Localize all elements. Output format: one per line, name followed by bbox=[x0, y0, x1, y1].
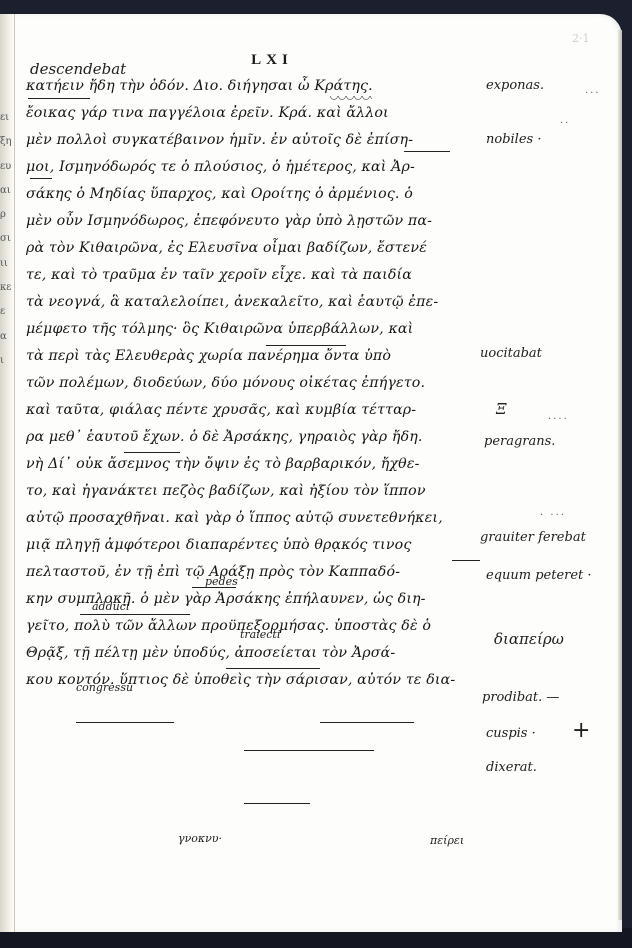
stray-dots: · ··· bbox=[540, 510, 566, 521]
text-line: ρὰ τὸν Κιθαιρῶνα, ἐς Ελευσῖνα οἶμαι βαδί… bbox=[26, 240, 427, 264]
underline-mark bbox=[124, 452, 180, 453]
text-line: γεῖτο, πολὺ τῶν ἄλλων προϋπεξορμήσας. ὑπ… bbox=[26, 618, 431, 642]
gutter-glyph: ιι bbox=[0, 252, 12, 276]
margin-cross-mark: + bbox=[572, 718, 590, 743]
text-line: τῶν πολέμων, διοδεύων, δύο μόνους οἰκέτα… bbox=[26, 375, 425, 399]
text-line: μέμφετο τῆς τόλμης· ὃς Κιθαιρῶνα ὑπερβάλ… bbox=[26, 321, 413, 345]
gutter-glyph: ι bbox=[0, 349, 12, 373]
gutter-glyph: ρ bbox=[0, 203, 12, 227]
margin-note-equum-peteret: equum peteret · bbox=[486, 568, 592, 583]
gutter-glyph: ε bbox=[0, 300, 12, 324]
gutter-glyph: ευ bbox=[0, 155, 12, 179]
stray-dots: ·· bbox=[560, 118, 570, 129]
margin-note-prodibat: prodibat. — bbox=[482, 690, 559, 705]
book-gutter: ει ξη ευ αι ρ σι ιι κε ε α ι bbox=[0, 14, 15, 932]
margin-note-diapeiro: διαπείρω bbox=[494, 630, 564, 648]
text-line: κην συμπλοκῇ. ὁ μὲν γὰρ Ἀρσάκης ἐπήλαυνε… bbox=[26, 591, 426, 615]
gloss-traiecti: traiecti bbox=[240, 628, 280, 641]
margin-note-peragrans: peragrans. bbox=[484, 434, 555, 449]
underline-mark bbox=[226, 668, 320, 669]
text-line: τὰ περὶ τὰς Ελευθερὰς χωρία πανέρημα ὄντ… bbox=[26, 348, 391, 372]
text-line: νὴ Δί᾽ οὐκ ἄσεμνος τὴν ὄψιν ἐς τὸ βαρβαρ… bbox=[26, 456, 420, 480]
gloss-congressu: congressu bbox=[76, 681, 133, 694]
corner-pencil-mark: 2·1 bbox=[572, 32, 590, 45]
margin-note-cuspis: cuspis · bbox=[486, 726, 536, 741]
text-line: ρα μεθ᾽ ἑαυτοῦ ἔχων. ὁ δὲ Ἀρσάκης, γηραι… bbox=[26, 429, 423, 453]
underline-mark bbox=[76, 722, 174, 723]
text-line: τὰ νεογνά, ἃ καταλελοίπει, ἀνεκαλεῖτο, κ… bbox=[26, 294, 438, 318]
gloss-adduci: adduci bbox=[92, 600, 129, 613]
text-line: μὲν πολλοὶ συγκατέβαινον ἡμῖν. ἐν αὐτοῖς… bbox=[26, 132, 413, 156]
underline-mark bbox=[266, 345, 346, 346]
annotation-descendebat: descendebat bbox=[30, 60, 126, 78]
text-line: Θρᾷξ, τῇ πέλτῃ μὲν ὑποδύς, ἀποσείεται τὸ… bbox=[26, 645, 395, 669]
gutter-glyph: κε bbox=[0, 276, 12, 300]
stray-dots: ···· bbox=[548, 414, 569, 425]
text-line: καὶ ταῦτα, φιάλας πέντε χρυσᾶς, καὶ κυμβ… bbox=[26, 402, 416, 426]
text-line: τε, καὶ τὸ τραῦμα ἐν ταῖν χεροῖν εἶχε. κ… bbox=[26, 267, 412, 291]
text-line: το, καὶ ἠγανάκτει πεζὸς βαδίζων, καὶ ἠξί… bbox=[26, 483, 426, 507]
gutter-glyph: ξη bbox=[0, 130, 12, 154]
stray-dots: ··· bbox=[585, 88, 601, 99]
underline-mark bbox=[320, 722, 414, 723]
gloss-pedes: pedes bbox=[205, 575, 238, 588]
gutter-facing-page-text: ει ξη ευ αι ρ σι ιι κε ε α ι bbox=[0, 106, 12, 373]
text-line: μιᾷ πληγῇ ἀμφότεροι διαπαρέντες ὑπὸ θρᾳκ… bbox=[26, 537, 411, 561]
gutter-glyph: σι bbox=[0, 227, 12, 251]
gutter-glyph: ει bbox=[0, 106, 12, 130]
margin-note-grauiter-ferebat: grauiter ferebat bbox=[480, 530, 586, 545]
margin-note-dixerat: dixerat. bbox=[486, 760, 537, 775]
margin-note-nobiles: nobiles · bbox=[486, 132, 541, 147]
margin-note-uocitabat: uocitabat bbox=[480, 346, 542, 361]
text-line: μοι, Ισμηνόδωρός τε ὁ πλούσιος, ὁ ἡμέτερ… bbox=[26, 159, 415, 183]
folio-number: LXI bbox=[232, 52, 312, 69]
gloss-peire: πείρει bbox=[430, 834, 464, 847]
underline-mark bbox=[28, 98, 90, 99]
underline-mark bbox=[452, 560, 480, 561]
gutter-glyph: α bbox=[0, 325, 12, 349]
underline-mark bbox=[80, 614, 190, 615]
margin-note-exponas: exponas. bbox=[486, 78, 544, 93]
text-line: ἔοικας γάρ τινα παγγέλοια ἐρεῖν. Κρά. κα… bbox=[26, 105, 389, 129]
wavy-underline-mark bbox=[330, 96, 372, 102]
margin-mark-xi: Ξ bbox=[496, 400, 507, 418]
gloss-transfixit: γνοκνυ· bbox=[178, 832, 222, 845]
underline-mark bbox=[404, 151, 450, 152]
text-line: μὲν οὖν Ισμηνόδωρος, ἐπεφόνευτο γὰρ ὑπὸ … bbox=[26, 213, 432, 237]
page-right-edge bbox=[618, 30, 622, 920]
underline-mark bbox=[244, 750, 374, 751]
underline-mark bbox=[30, 178, 52, 179]
gutter-glyph: αι bbox=[0, 179, 12, 203]
text-line: αὐτῷ προσαχθῆναι. καὶ γὰρ ὁ ἵππος αὐτῷ σ… bbox=[26, 510, 443, 534]
underline-mark bbox=[244, 803, 310, 804]
text-line: σάκης ὁ Μηδίας ὕπαρχος, καὶ Οροίτης ὁ ἀρ… bbox=[26, 186, 413, 210]
